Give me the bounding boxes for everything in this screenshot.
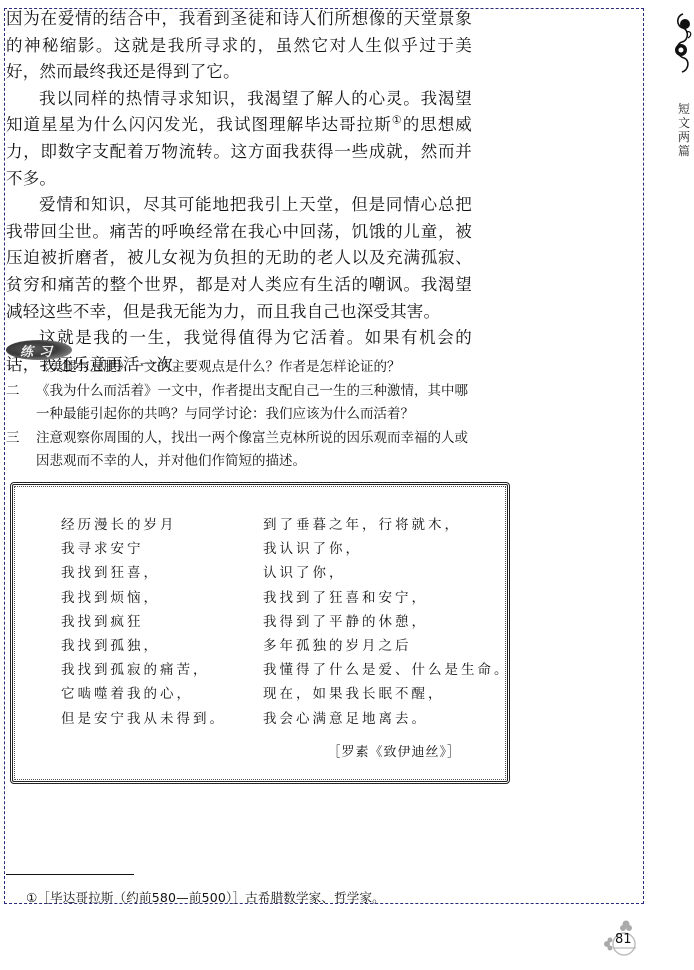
exercise-item: 二 《我为什么而活着》一文中，作者提出支配自己一生的三种激情，其中哪一种最能引起… [6, 380, 476, 427]
floral-scroll-icon [672, 10, 694, 76]
poem-line: 多年孤独的岁月之后 [263, 634, 511, 658]
exercise-list: 一 《美腿与丑腿》一文的主要观点是什么？作者是怎样论证的？ 二 《我为什么而活着… [6, 356, 476, 474]
poem-line: 我得到了平静的休憩， [263, 610, 511, 634]
poem-line: 我找到烦恼， [61, 586, 226, 610]
exercise-item: 三 注意观察你周围的人，找出一两个像富兰克林所说的因乐观而幸福的人或因悲观而不幸… [6, 427, 476, 474]
poem-line: 认识了你， [263, 561, 511, 585]
poem-line: 我会心满意足地离去。 [263, 707, 511, 731]
paragraph-3: 爱情和知识，尽其可能地把我引上天堂，但是同情心总把我带回尘世。痛苦的呼唤经常在我… [6, 192, 472, 325]
poem-box: 经历漫长的岁月 我寻求安宁 我找到狂喜， 我找到烦恼， 我找到疯狂 我找到孤独，… [10, 482, 510, 784]
section-title: 短文两篇 [678, 102, 692, 158]
poem-line: 我找到孤寂的痛苦， [61, 658, 226, 682]
paragraph-1: 因为在爱情的结合中，我看到圣徒和诗人们所想像的天堂景象的神秘缩影。这就是我所寻求… [6, 6, 472, 86]
poem-line: 到了垂暮之年，行将就木， [263, 513, 511, 537]
poem-line: 但是安宁我从未得到。 [61, 707, 226, 731]
poem-left-column: 经历漫长的岁月 我寻求安宁 我找到狂喜， 我找到烦恼， 我找到疯狂 我找到孤独，… [61, 513, 226, 731]
paragraph-2: 我以同样的热情寻求知识，我渴望了解人的心灵。我渴望知道星星为什么闪闪发光，我试图… [6, 86, 472, 192]
poem-line: 它啮噬着我的心， [61, 682, 226, 706]
page-number: 81 [615, 932, 632, 947]
poem-line: 我找到孤独， [61, 634, 226, 658]
footnote: ①［毕达哥拉斯（约前580—前500）］古希腊数学家、哲学家。 [26, 888, 385, 906]
exercise-number: 三 [6, 427, 36, 474]
poem-right-column: 到了垂暮之年，行将就木， 我认识了你， 认识了你， 我找到了狂喜和安宁， 我得到… [263, 513, 511, 731]
exercise-item: 一 《美腿与丑腿》一文的主要观点是什么？作者是怎样论证的？ [6, 356, 476, 380]
poem-line: 经历漫长的岁月 [61, 513, 226, 537]
footnote-rule [6, 874, 134, 875]
footnote-mark[interactable]: ① [392, 114, 403, 127]
poem-line: 我寻求安宁 [61, 537, 226, 561]
poem-line: 我懂得了什么是爱、什么是生命。 [263, 658, 511, 682]
body-text: 因为在爱情的结合中，我看到圣徒和诗人们所想像的天堂景象的神秘缩影。这就是我所寻求… [6, 6, 472, 378]
exercise-text: 《美腿与丑腿》一文的主要观点是什么？作者是怎样论证的？ [36, 356, 476, 380]
exercise-text: 注意观察你周围的人，找出一两个像富兰克林所说的因乐观而幸福的人或因悲观而不幸的人… [36, 427, 476, 474]
poem-line: 现在，如果我长眠不醒， [263, 682, 511, 706]
exercise-number: 二 [6, 380, 36, 427]
poem-source: ［罗素《致伊迪丝》］ [327, 741, 461, 760]
poem-line: 我认识了你， [263, 537, 511, 561]
poem-line: 我找到狂喜， [61, 561, 226, 585]
poem-line: 我找到疯狂 [61, 610, 226, 634]
exercise-text: 《我为什么而活着》一文中，作者提出支配自己一生的三种激情，其中哪一种最能引起你的… [36, 380, 476, 427]
exercise-number: 一 [6, 356, 36, 380]
poem-line: 我找到了狂喜和安宁， [263, 586, 511, 610]
